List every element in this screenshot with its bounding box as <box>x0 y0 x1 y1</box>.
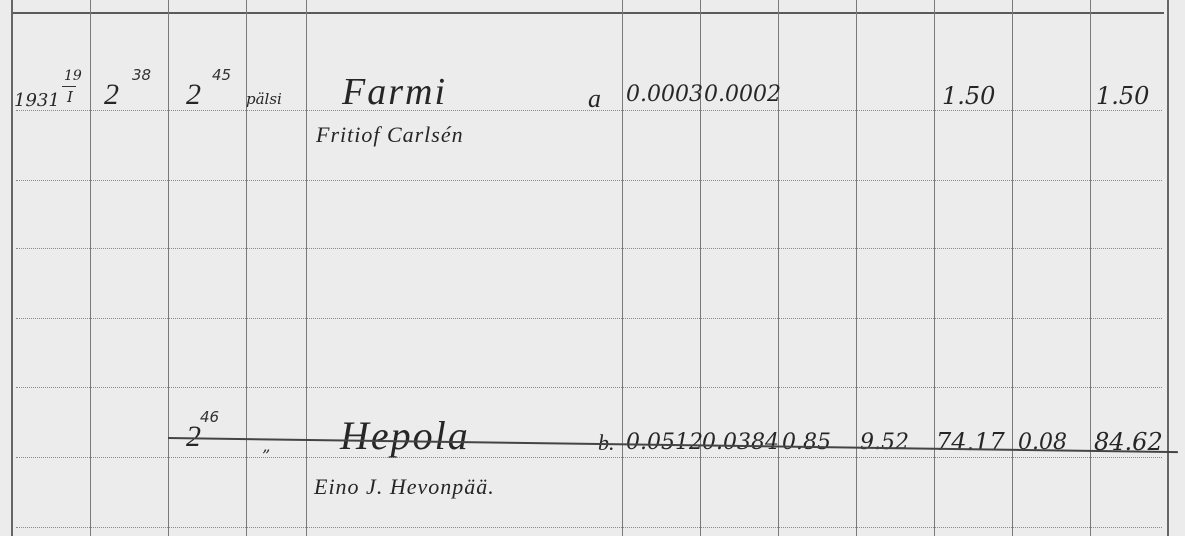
entry-v2: 0.0002 <box>704 82 781 107</box>
entry-v2: 0.0384 <box>702 430 779 455</box>
entry-date-month: I <box>67 88 73 106</box>
entry-v5: 74.17 <box>936 428 1005 456</box>
column-rule <box>306 0 307 536</box>
entry-class: a <box>588 84 601 114</box>
entry-time2-min: 46 <box>200 408 219 426</box>
column-rule <box>1090 0 1091 536</box>
entry-v7: 1.50 <box>1096 82 1149 110</box>
date-fraction-bar <box>62 86 76 87</box>
column-rule <box>1012 0 1013 536</box>
column-rule <box>856 0 857 536</box>
column-rule <box>700 0 701 536</box>
entry-v4: 9.52 <box>860 430 909 455</box>
row-rule <box>16 387 1162 388</box>
entry-place: pälsi <box>246 90 282 108</box>
column-rule <box>778 0 779 536</box>
column-rule <box>11 0 13 536</box>
entry-name: Farmi <box>342 70 447 114</box>
entry-time1-hour: 2 <box>104 78 119 112</box>
row-rule <box>16 180 1162 181</box>
entry-subname: Fritiof Carlsén <box>316 122 464 148</box>
row-rule <box>16 248 1162 249</box>
column-rule <box>1167 0 1169 536</box>
entry-time2-hour: 2 <box>186 78 201 112</box>
entry-time1-min: 38 <box>132 66 151 84</box>
column-rule <box>934 0 935 536</box>
column-rule <box>90 0 91 536</box>
row-rule <box>16 457 1162 458</box>
entry-year: 1931 <box>14 90 60 111</box>
entry-date-day: 19 <box>64 68 82 84</box>
entry-v1: 0.0512 <box>626 430 703 455</box>
entry-v3: 0.85 <box>782 430 831 455</box>
header-rule <box>11 12 1164 14</box>
row-rule <box>16 527 1162 528</box>
column-rule <box>246 0 247 536</box>
entry-v5: 1.50 <box>942 82 995 110</box>
column-rule <box>622 0 623 536</box>
entry-v1: 0.0003 <box>626 82 703 107</box>
entry-name: Hepola <box>340 412 470 459</box>
entry-subname: Eino J. Hevonpää. <box>314 474 495 500</box>
ledger-page: 1931 19 I 2 38 2 45 pälsi Farmi Fritiof … <box>0 0 1185 536</box>
row-rule <box>16 318 1162 319</box>
entry-time2-min: 45 <box>212 66 231 84</box>
entry-place-ditto: ” <box>262 446 270 465</box>
column-rule <box>168 0 169 536</box>
